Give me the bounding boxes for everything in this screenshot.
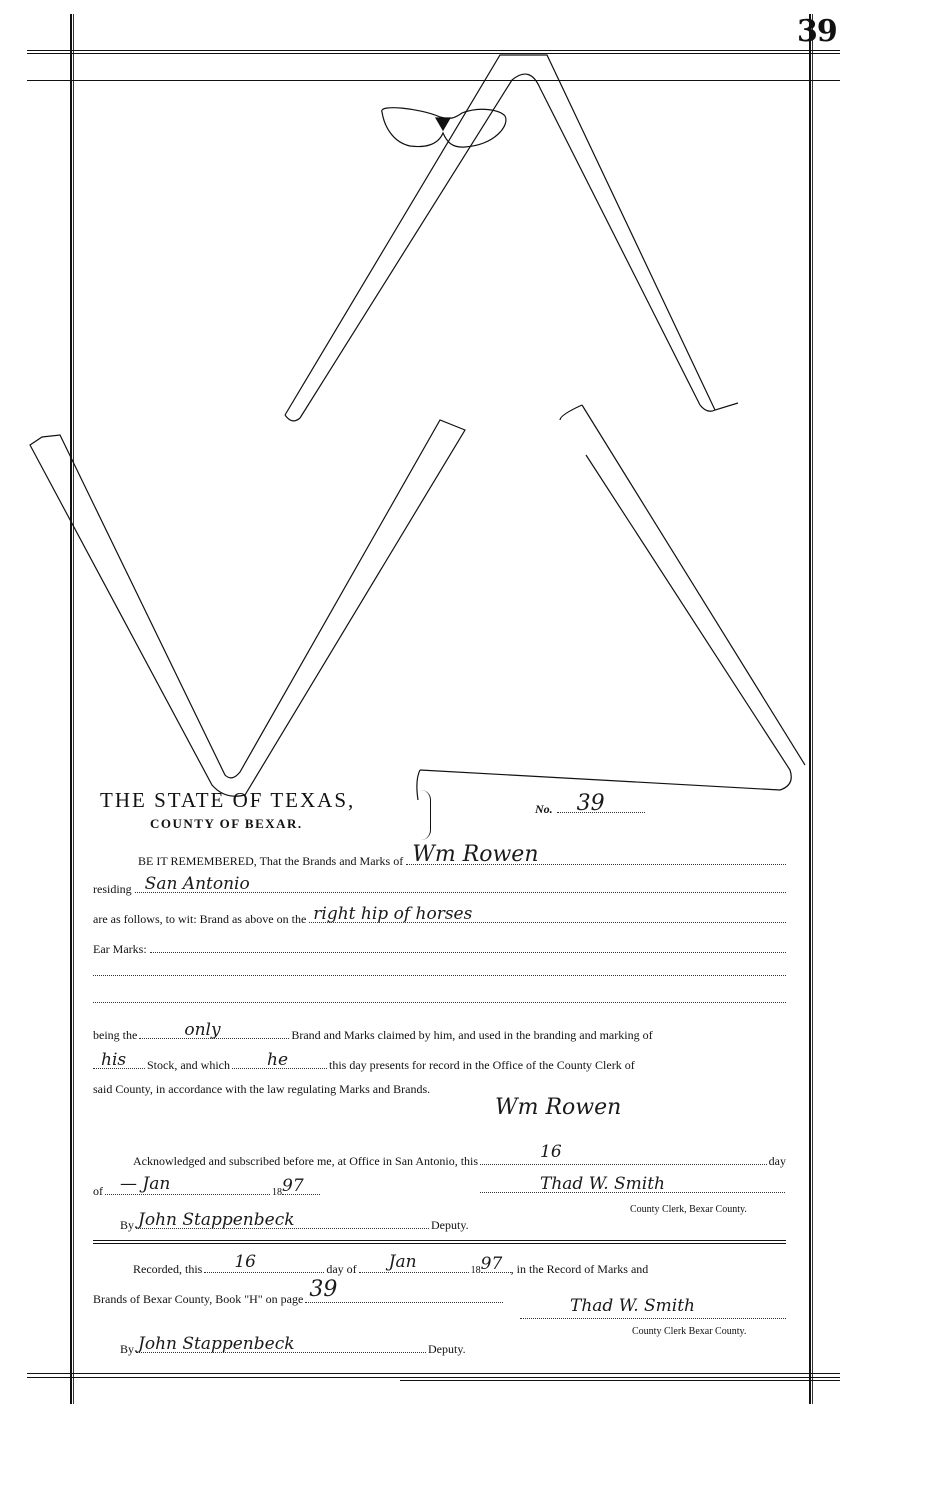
rec-deputy-label: Deputy.	[428, 1342, 466, 1357]
case-number: No. 39	[535, 798, 655, 818]
rec-page-value: 39	[309, 1277, 337, 1302]
brand-location-label: are as follows, to wit: Brand as above o…	[93, 912, 306, 927]
number-value: 39	[577, 791, 605, 816]
book-page-row: Brands of Bexar County, Book "H" on page…	[93, 1288, 503, 1307]
ack-deputy-signature: John Stappenbeck	[138, 1210, 295, 1230]
ack-date-row: of — Jan 18 97	[93, 1180, 393, 1199]
residing-label: residing	[93, 882, 132, 897]
number-label: No.	[535, 802, 553, 816]
ack-of-label: of	[93, 1184, 103, 1199]
stock-text: Stock, and which	[147, 1058, 230, 1073]
ack-clerk-title: County Clerk, Bexar County.	[630, 1204, 747, 1215]
residence-row: residing San Antonio	[93, 878, 786, 897]
rec-year-prefix: 18	[471, 1265, 481, 1276]
record-text: , in the Record of Marks and	[511, 1262, 649, 1277]
claim-row: being the only Brand and Marks claimed b…	[93, 1024, 786, 1043]
only-value: only	[184, 1020, 220, 1040]
recorded-row: Recorded, this 16 day of Jan 18 97 , in …	[93, 1258, 786, 1277]
rec-by-label: By	[120, 1342, 134, 1357]
brand-drawing-icon	[0, 0, 928, 800]
state-title: THE STATE OF TEXAS,	[100, 788, 355, 813]
ear-marks-blank-line-1	[93, 975, 786, 976]
owner-signature: Wm Rowen	[495, 1095, 621, 1120]
recorded-label: Recorded, this	[133, 1262, 202, 1277]
brand-location-row: are as follows, to wit: Brand as above o…	[93, 908, 786, 927]
rec-day-of-label: day of	[326, 1262, 356, 1277]
rec-clerk-signature: Thad W. Smith	[570, 1296, 695, 1316]
ack-deputy-label: Deputy.	[431, 1218, 469, 1233]
acknowledgment-text: Acknowledged and subscribed before me, a…	[133, 1154, 478, 1169]
his-value: his	[101, 1050, 126, 1070]
ack-clerk-signature: Thad W. Smith	[540, 1174, 665, 1194]
ack-day-label: day	[769, 1154, 786, 1169]
section-divider	[93, 1240, 786, 1241]
county-title: COUNTY OF BEXAR.	[150, 816, 303, 832]
rec-day-value: 16	[234, 1252, 256, 1272]
ack-day-value: 16	[540, 1142, 562, 1162]
presents-text: this day presents for record in the Offi…	[329, 1058, 635, 1073]
brand-claim-text: Brand and Marks claimed by him, and used…	[291, 1028, 652, 1043]
ear-marks-row: Ear Marks:	[93, 938, 786, 957]
ack-month-value: — Jan	[120, 1174, 170, 1194]
ear-marks-blank-line-2	[93, 1002, 786, 1003]
acknowledgment-row: Acknowledged and subscribed before me, a…	[93, 1150, 786, 1169]
ack-deputy-row: By John Stappenbeck Deputy.	[120, 1214, 500, 1233]
ack-year-prefix: 18	[272, 1187, 282, 1198]
rec-year-value: 97	[481, 1254, 503, 1274]
he-value: he	[267, 1050, 288, 1070]
rec-clerk-title: County Clerk Bexar County.	[632, 1326, 746, 1337]
residence-value: San Antonio	[145, 874, 250, 894]
rec-month-value: Jan	[389, 1252, 417, 1272]
bottom-rule-2	[27, 1377, 840, 1378]
rec-deputy-signature: John Stappenbeck	[138, 1334, 295, 1354]
stock-row: his Stock, and which he this day present…	[93, 1054, 786, 1073]
owner-row: BE IT REMEMBERED, That the Brands and Ma…	[93, 850, 786, 869]
bottom-rule	[27, 1373, 840, 1374]
section-divider-2	[93, 1243, 786, 1244]
bracket	[420, 790, 431, 840]
ear-marks-label: Ear Marks:	[93, 942, 147, 957]
rec-clerk-signature-line	[520, 1318, 786, 1319]
ack-year-value: 97	[282, 1176, 304, 1196]
brand-location-value: right hip of horses	[313, 904, 472, 924]
remembered-text: BE IT REMEMBERED, That the Brands and Ma…	[138, 854, 403, 869]
owner-name: Wm Rowen	[412, 842, 538, 867]
bottom-rule-3	[400, 1380, 840, 1381]
being-the-label: being the	[93, 1028, 137, 1043]
accordance-row: said County, in accordance with the law …	[93, 1082, 786, 1097]
brands-book-text: Brands of Bexar County, Book "H" on page	[93, 1292, 303, 1307]
accordance-text: said County, in accordance with the law …	[93, 1082, 430, 1097]
ack-by-label: By	[120, 1218, 134, 1233]
rec-deputy-row: By John Stappenbeck Deputy.	[120, 1338, 500, 1357]
